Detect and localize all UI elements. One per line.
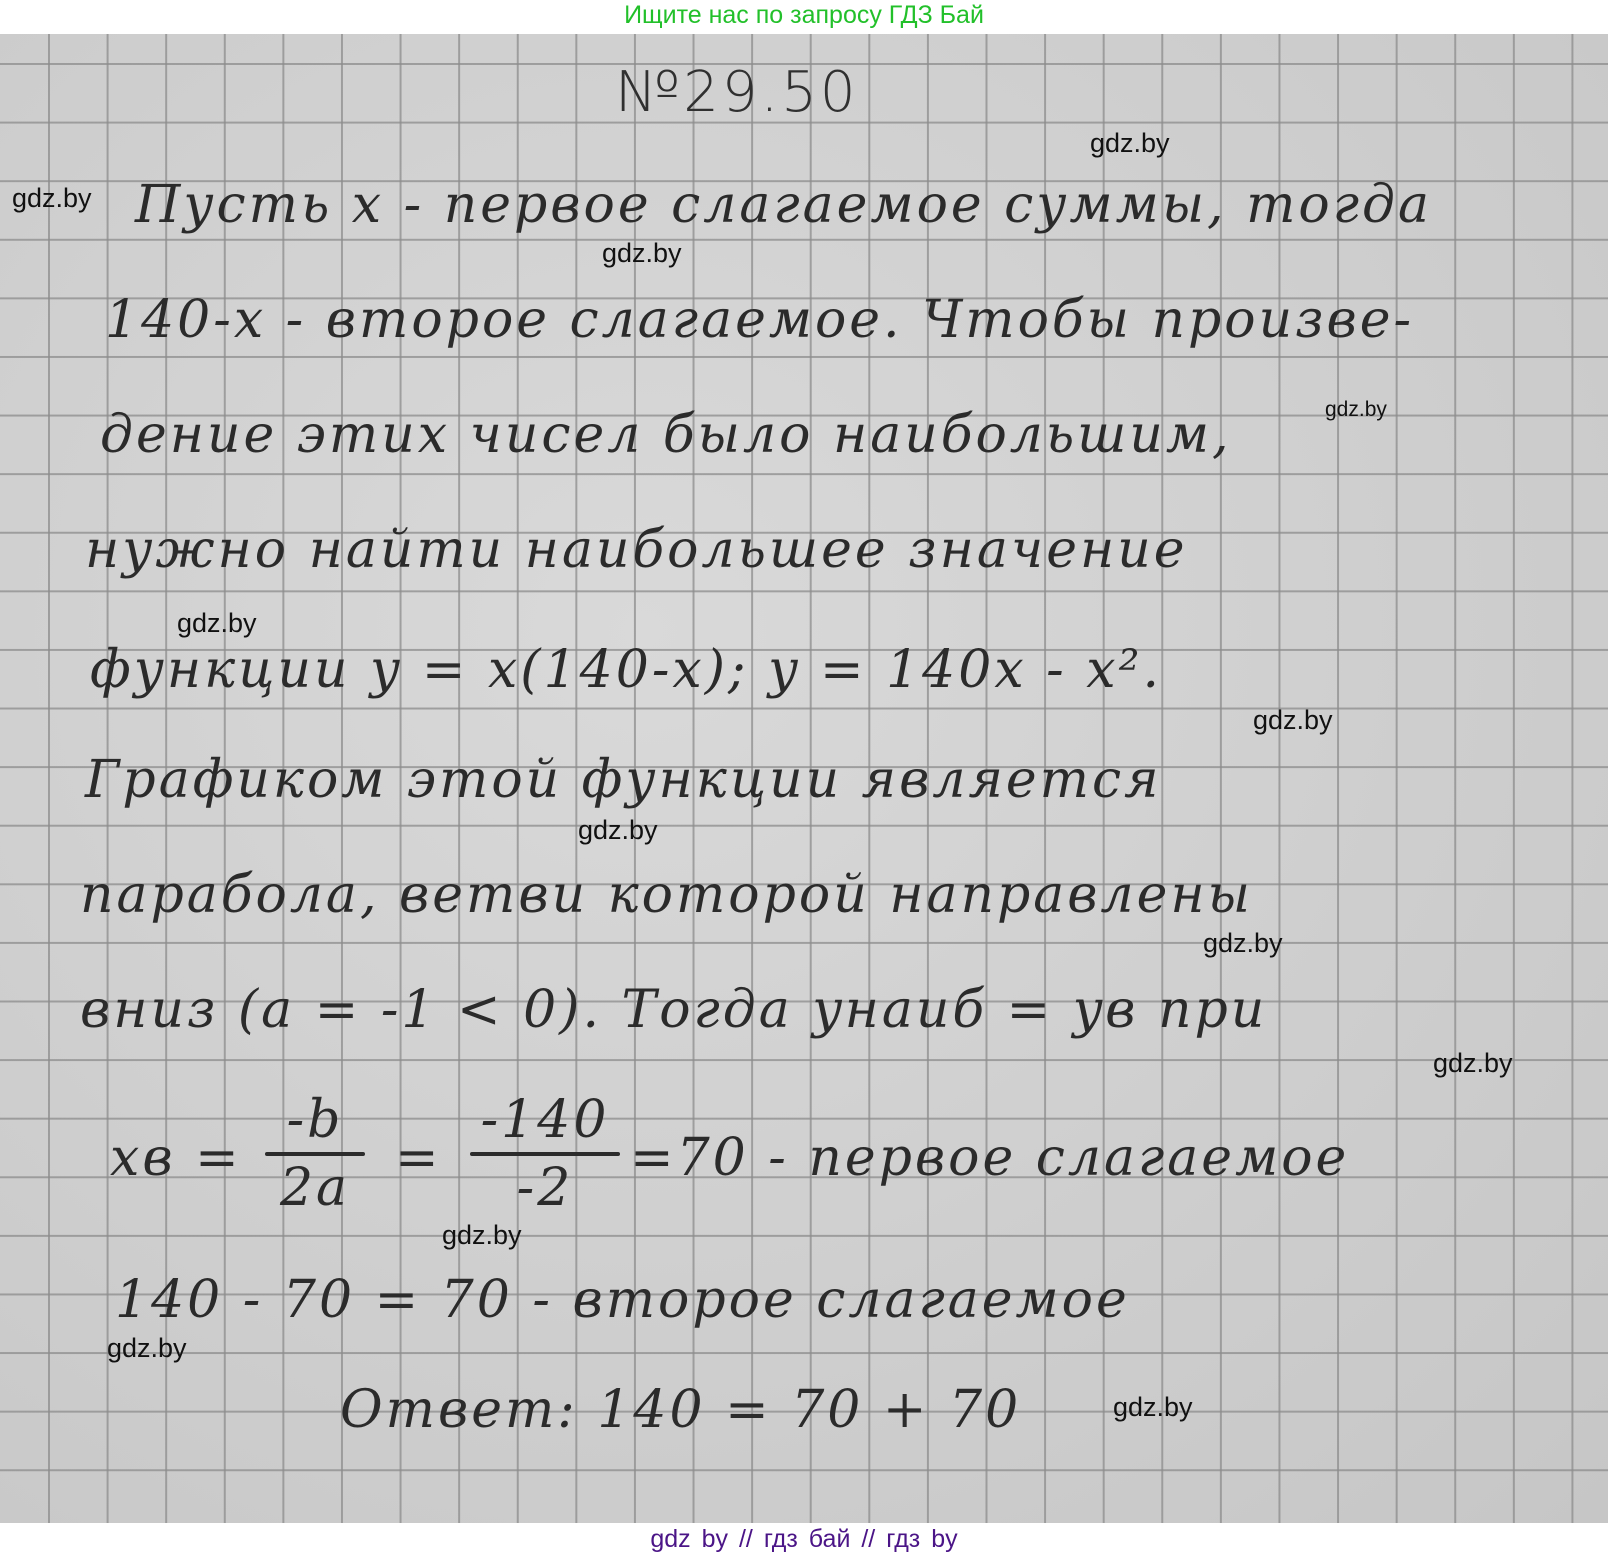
handwritten-line-8: вниз (a = -1 < 0). Тогда yнаиб = yв при [80, 980, 1267, 1040]
handwritten-line-4: нужно найти наибольшее значение [85, 520, 1187, 580]
answer-line: Ответ: 140 = 70 + 70 [340, 1380, 1021, 1440]
watermark: gdz.by [1203, 928, 1283, 959]
handwritten-line-1: Пусть x - первое слагаемое суммы, тогда [135, 175, 1432, 235]
problem-number: №29.50 [615, 60, 859, 125]
fraction-numerator: -140 [470, 1090, 620, 1150]
watermark: gdz.by [107, 1333, 187, 1364]
watermark: gdz.by [177, 608, 257, 639]
watermark: gdz.by [578, 815, 658, 846]
handwritten-line-5: функции y = x(140-x); y = 140x - x². [90, 640, 1162, 700]
formula-equals: = [395, 1128, 442, 1188]
fraction-bar [265, 1152, 365, 1156]
search-hint-banner: Ищите нас по запросу ГДЗ Бай [0, 0, 1608, 34]
watermark: gdz.by [1113, 1392, 1193, 1423]
fraction-numerator: -b [265, 1090, 365, 1150]
site-footer-banner: gdz by // гдз бай // гдз by [0, 1523, 1608, 1557]
formula-result: =70 - первое слагаемое [630, 1128, 1349, 1188]
fraction-b-over-2a: -b 2a [265, 1090, 365, 1218]
handwritten-line-7: парабола, ветви которой направлены [80, 865, 1253, 925]
watermark: gdz.by [1090, 128, 1170, 159]
handwritten-line-2: 140-x - второе слагаемое. Чтобы произве- [105, 290, 1414, 350]
fraction-denominator: 2a [265, 1158, 365, 1218]
watermark: gdz.by [1433, 1048, 1513, 1079]
handwritten-line-10: 140 - 70 = 70 - второе слагаемое [115, 1270, 1130, 1330]
fraction-140-over-2: -140 -2 [470, 1090, 620, 1218]
handwritten-line-6: Графиком этой функции является [85, 750, 1162, 810]
watermark: gdz.by [442, 1220, 522, 1251]
watermark: gdz.by [1325, 398, 1387, 422]
handwritten-line-3: дение этих чисел было наибольшим, [100, 405, 1232, 465]
formula-var: xв = [110, 1128, 242, 1188]
fraction-bar [470, 1152, 620, 1156]
watermark: gdz.by [602, 238, 682, 269]
fraction-denominator: -2 [470, 1158, 620, 1218]
watermark: gdz.by [12, 183, 92, 214]
watermark: gdz.by [1253, 705, 1333, 736]
